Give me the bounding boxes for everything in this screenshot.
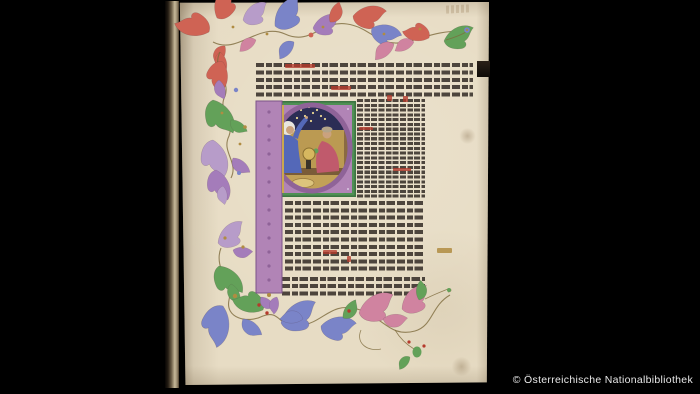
berry — [347, 309, 350, 312]
face — [286, 126, 294, 134]
acanthus-leaf — [396, 282, 436, 318]
seed-pod — [413, 347, 422, 358]
flower-bud — [237, 171, 241, 175]
acanthus-leaf — [239, 0, 272, 28]
manuscript-photo — [163, 0, 490, 390]
gold-dot — [267, 293, 271, 297]
gold-dot — [466, 29, 468, 31]
gold-fillet — [282, 105, 284, 193]
astrolabe-stand — [306, 160, 311, 169]
acanthus-leaf — [267, 0, 311, 35]
acanthus-leaf — [239, 314, 263, 341]
acanthus-leaf — [194, 301, 237, 350]
astrolabe — [303, 148, 315, 160]
berry — [257, 303, 260, 306]
acanthus-leaf — [201, 96, 237, 139]
illuminated-initial-p — [256, 101, 356, 315]
acanthus-leaf — [209, 260, 246, 301]
photo-stage: © Österreichische Nationalbibliothek — [0, 0, 700, 394]
photo-credit-text: © Österreichische Nationalbibliothek — [513, 374, 693, 386]
berry — [422, 344, 425, 347]
left-border-vine — [201, 52, 251, 205]
acanthus-leaf — [395, 354, 413, 370]
bottom-border-vine — [194, 219, 451, 371]
acanthus-leaf — [213, 219, 251, 252]
flower-bud — [234, 88, 238, 92]
illumination-layer — [163, 0, 490, 390]
cap — [322, 127, 333, 133]
photo-credit: © Österreichische Nationalbibliothek — [513, 374, 693, 386]
acanthus-leaf — [274, 38, 299, 60]
acanthus-leaf — [207, 0, 243, 24]
flower-bud — [309, 33, 314, 38]
acanthus-leaf — [237, 36, 258, 52]
pointing-hand — [305, 116, 308, 119]
gold-dot — [243, 125, 247, 129]
berry — [407, 340, 410, 343]
berry — [265, 311, 268, 314]
acanthus-leaf — [381, 310, 407, 331]
flower-bud — [447, 288, 451, 292]
acanthus-leaf — [442, 24, 476, 51]
acanthus-leaf — [173, 5, 215, 43]
stem-knot — [233, 294, 237, 298]
